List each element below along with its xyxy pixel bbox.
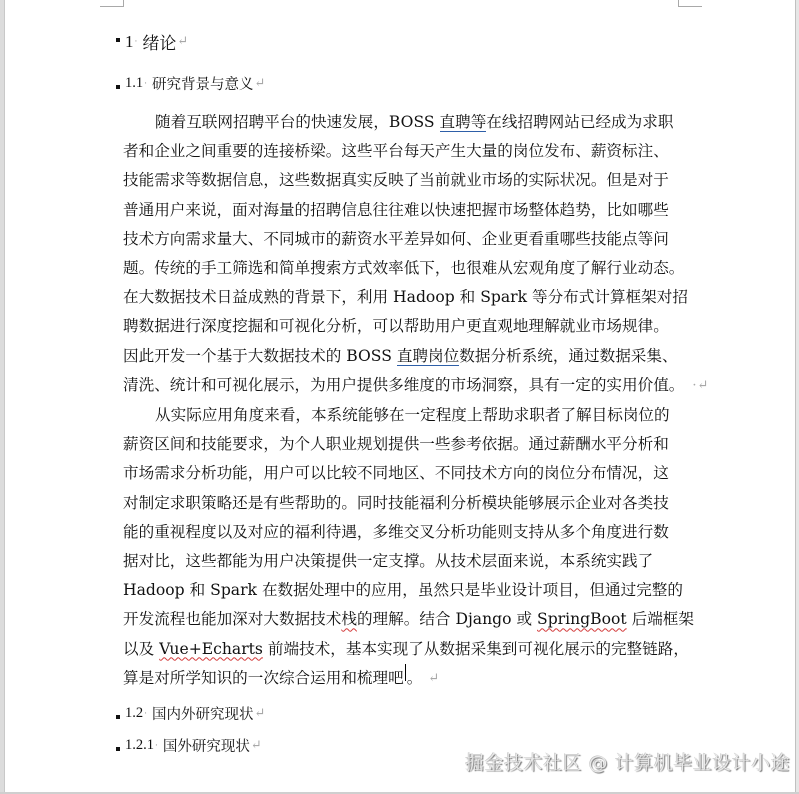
list-bullet-icon: [116, 85, 120, 89]
paragraph-mark-icon: ↵: [177, 34, 188, 49]
text-line: 在大数据技术日益成熟的背景下，利用 Hadoop 和 Spark 等分布式计算框…: [123, 283, 679, 312]
text-run: 开发流程也能加深对大数据技术栈的理解。结合 Django 或 SpringBoo…: [123, 605, 694, 634]
text-line: 普通用户来说，面对海量的招聘信息往往难以快速把握市场整体趋势，比如哪些: [123, 196, 679, 225]
text-line: 因此开发一个基于大数据技术的 BOSS 直聘岗位数据分析系统，通过数据采集、: [123, 342, 679, 371]
vertical-scrollbar-track[interactable]: [795, 0, 799, 794]
text-cursor: [405, 664, 406, 681]
text-line: 能的重视程度以及对应的福利待遇，多维交叉分析功能则支持从多个角度进行数: [123, 518, 679, 547]
space-mark: ·: [144, 79, 147, 89]
heading-number: 1.2: [125, 705, 143, 722]
heading-title: 国外研究现状: [163, 735, 250, 756]
text-line: 者和企业之间重要的连接桥梁。这些平台每天产生大量的岗位发布、薪资标注、: [123, 137, 679, 166]
space-mark: ·: [155, 741, 158, 751]
heading-title: 绪论: [142, 29, 176, 54]
text-run: 随着互联网招聘平台的快速发展，BOSS 直聘等在线招聘网站已经成为求职: [155, 108, 673, 137]
text-line: 清洗、统计和可视化展示，为用户提供多维度的市场洞察，具有一定的实用价值。 ·↵: [123, 371, 679, 400]
spelling-underline-text: SpringBoot: [537, 610, 627, 628]
text-run: 以及 Vue+Echarts 前端技术，基本实现了从数据采集到可视化展示的完整链…: [123, 635, 689, 664]
space-mark: ·: [144, 709, 147, 719]
paragraph-mark-icon: ·: [692, 371, 696, 400]
heading-1-1-background[interactable]: 1.1 · 研究背景与意义 ↵: [116, 73, 265, 94]
list-bullet-icon: [116, 715, 120, 719]
paragraph-mark-icon: ↵: [428, 664, 439, 693]
text-line: 以及 Vue+Echarts 前端技术，基本实现了从数据采集到可视化展示的完整链…: [123, 635, 679, 664]
paragraph-application[interactable]: 从实际应用角度来看，本系统能够在一定程度上帮助求职者了解目标岗位的 薪资区间和技…: [123, 401, 679, 693]
space-mark: ·: [135, 37, 138, 47]
page-left-edge: [0, 0, 5, 794]
text-line: 技能需求等数据信息，这些数据真实反映了当前就业市场的实际状况。但是对于: [123, 166, 679, 195]
paragraph-mark-icon: ↵: [255, 76, 266, 91]
text-line: 题。传统的手工筛选和简单搜索方式效率低下，也很难从宏观角度了解行业动态。: [123, 254, 679, 283]
margin-corner-mark-right: [678, 0, 702, 7]
heading-title: 研究背景与意义: [152, 73, 254, 94]
text-line: 据对比，这些都能为用户决策提供一定支撑。从技术层面来说，本系统实践了: [123, 547, 679, 576]
paragraph-mark-icon: ↵: [255, 706, 266, 721]
text-line: 对制定求职策略还是有些帮助的。同时技能福利分析模块能够展示企业对各类技: [123, 489, 679, 518]
margin-corner-mark-left: [100, 0, 124, 7]
text-line: 技术方向需求量大、不同城市的薪资水平差异如何、企业更看重哪些技能点等问: [123, 225, 679, 254]
spelling-underline-text: 栈: [341, 610, 357, 628]
text-line: 随着互联网招聘平台的快速发展，BOSS 直聘等在线招聘网站已经成为求职: [123, 108, 679, 137]
heading-number: 1: [125, 32, 134, 52]
heading-1-introduction[interactable]: 1 · 绪论 ↵: [116, 29, 188, 54]
text-line: Hadoop 和 Spark 在数据处理中的应用，虽然只是毕业设计项目，但通过完…: [123, 576, 679, 605]
heading-number: 1.2.1: [125, 737, 154, 754]
heading-number: 1.1: [125, 75, 143, 92]
text-line: 算是对所学知识的一次综合运用和梳理吧。 ↵: [123, 664, 679, 693]
paragraph-mark-icon: ↵: [251, 738, 262, 753]
text-line: 从实际应用角度来看，本系统能够在一定程度上帮助求职者了解目标岗位的: [123, 401, 679, 430]
text-line: 市场需求分析功能，用户可以比较不同地区、不同技术方向的岗位分布情况，这: [123, 459, 679, 488]
text-run: 因此开发一个基于大数据技术的 BOSS 直聘岗位数据分析系统，通过数据采集、: [123, 342, 678, 371]
text-line: 开发流程也能加深对大数据技术栈的理解。结合 Django 或 SpringBoo…: [123, 605, 679, 634]
heading-1-2-1-foreign-status[interactable]: 1.2.1 · 国外研究现状 ↵: [116, 735, 262, 756]
paragraph-background[interactable]: 随着互联网招聘平台的快速发展，BOSS 直聘等在线招聘网站已经成为求职 者和企业…: [123, 108, 679, 400]
heading-title: 国内外研究现状: [152, 703, 254, 724]
paragraph-mark-icon: ↵: [698, 371, 709, 400]
grammar-underline-text: 直聘岗位: [397, 347, 459, 366]
list-bullet-icon: [116, 747, 120, 751]
grammar-underline-text: 直聘等: [440, 113, 487, 132]
list-bullet-icon: [116, 38, 120, 42]
spelling-underline-text: Vue+Echarts: [159, 640, 263, 658]
watermark: 掘金技术社区 @ 计算机毕业设计小途: [465, 748, 790, 775]
text-line: 聘数据进行深度挖掘和可视化分析，可以帮助用户更直观地理解就业市场规律。: [123, 312, 679, 341]
text-line: 薪资区间和技能要求，为个人职业规划提供一些参考依据。通过薪酬水平分析和: [123, 430, 679, 459]
heading-1-2-research-status[interactable]: 1.2 · 国内外研究现状 ↵: [116, 703, 265, 724]
